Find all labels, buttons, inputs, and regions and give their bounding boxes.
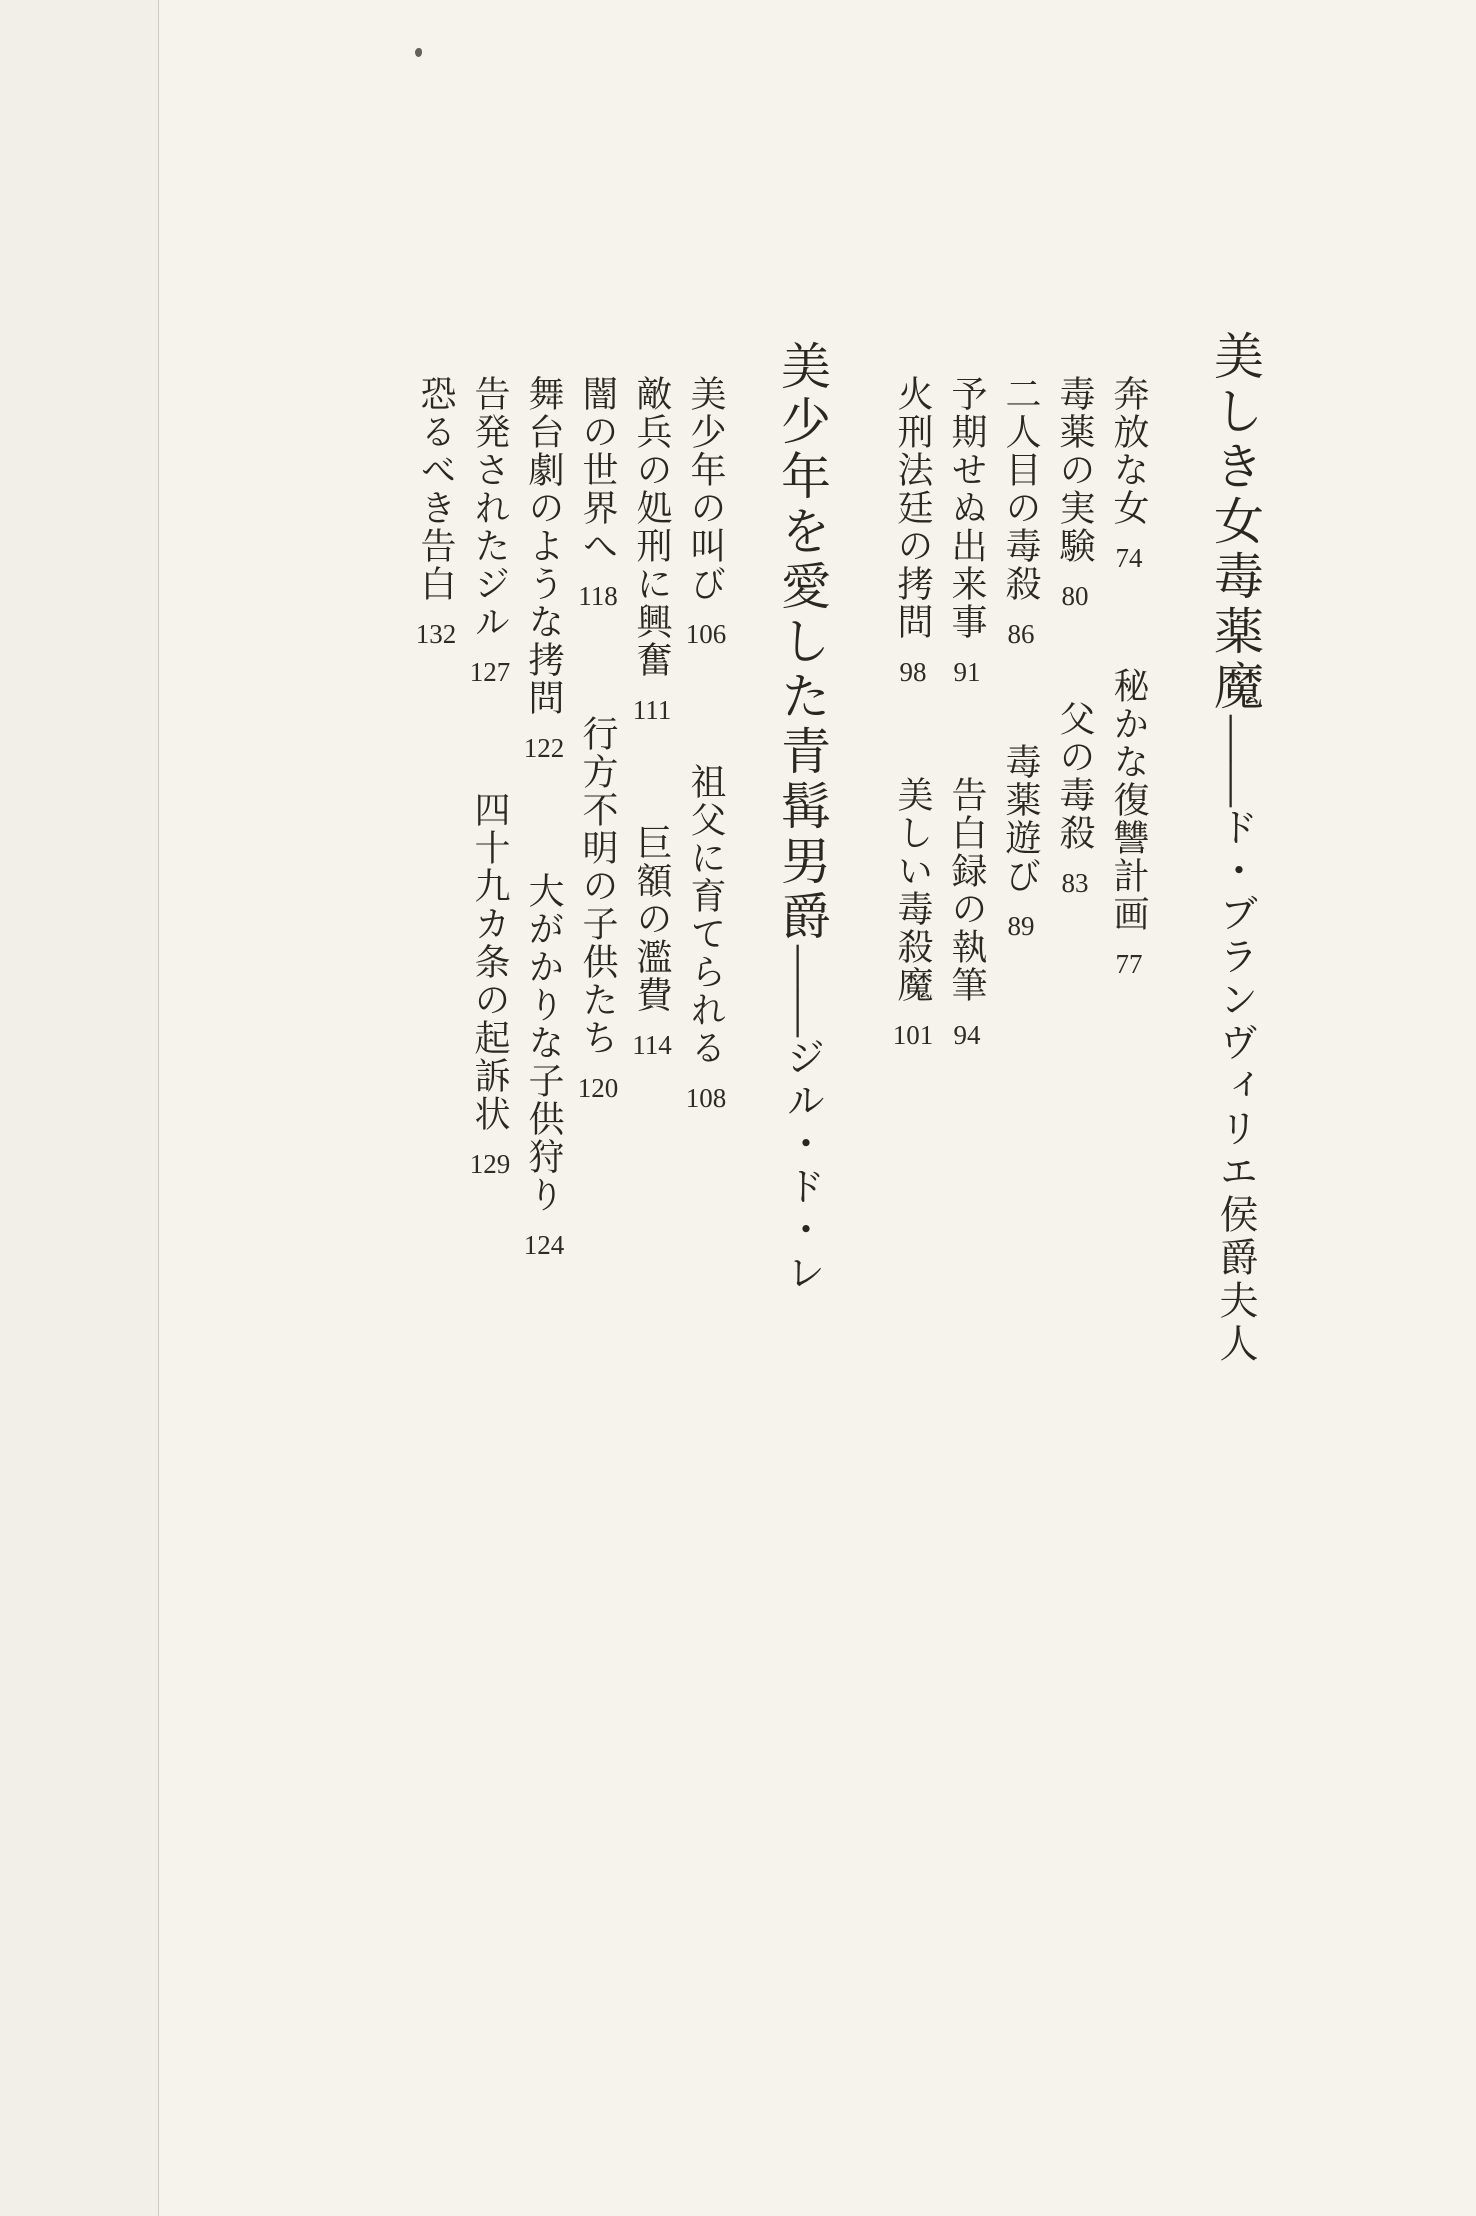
title-dash: ——	[1210, 715, 1261, 807]
section-title-text: 美少年を愛した青髯男爵	[774, 340, 830, 945]
column-spacer	[598, 610, 599, 715]
toc-entry-label: 告白録の執筆	[947, 776, 987, 1004]
toc-column: 舞台劇のような拷問122大がかりな子供狩り124	[523, 0, 565, 2216]
toc-entry-page: 91	[946, 659, 988, 686]
toc-entry-label: 祖父に育てられる	[686, 763, 726, 1067]
toc-entry-page: 83	[1054, 870, 1096, 897]
toc-entry-page: 89	[1000, 913, 1042, 940]
toc-entry-label: 行方不明の子供たち	[578, 715, 618, 1057]
section-subtitle: ジル・ド・レ	[781, 1037, 824, 1295]
column-spacer	[706, 648, 707, 763]
toc-column: 火刑法廷の拷問98美しい毒殺魔101	[892, 0, 934, 2216]
toc-entry-page: 108	[685, 1085, 727, 1112]
scanned-toc-page: 美しき女毒薬魔——ド・ブランヴィリエ侯爵夫人 奔放な女74秘かな復讐計画77 毒…	[0, 0, 1476, 2216]
table-of-contents: 美しき女毒薬魔——ド・ブランヴィリエ侯爵夫人 奔放な女74秘かな復讐計画77 毒…	[403, 0, 1262, 2216]
toc-entry-label: 闇の世界へ	[578, 375, 618, 565]
column-spacer	[913, 686, 914, 776]
section-title-gilles-de-rais: 美少年を愛した青髯男爵——ジル・ド・レ	[773, 0, 829, 2216]
toc-entry-label: 予期せぬ出来事	[947, 375, 987, 641]
toc-entry-page: 124	[523, 1232, 565, 1259]
toc-entry-label: 恐るべき告白	[416, 375, 456, 603]
toc-entry-page: 98	[892, 659, 934, 686]
column-spacer	[1021, 648, 1022, 743]
toc-column: 恐るべき告白132	[415, 0, 457, 2216]
column-spacer	[652, 724, 653, 824]
toc-column: 二人目の毒殺86毒薬遊び89	[1000, 0, 1042, 2216]
column-spacer	[1129, 572, 1130, 667]
toc-entry-label: 父の毒殺	[1055, 700, 1095, 852]
toc-entry-page: 94	[946, 1022, 988, 1049]
toc-column: 敵兵の処刑に興奮111巨額の濫費114	[631, 0, 673, 2216]
column-spacer	[1075, 610, 1076, 700]
toc-entry-label: 大がかりな子供狩り	[524, 872, 564, 1214]
column-spacer	[490, 686, 491, 791]
toc-entry-page: 114	[631, 1032, 673, 1059]
toc-entry-page: 77	[1108, 951, 1150, 978]
toc-entry-page: 132	[415, 621, 457, 648]
section-title-brinvilliers: 美しき女毒薬魔——ド・ブランヴィリエ侯爵夫人	[1206, 0, 1262, 2216]
column-spacer	[967, 686, 968, 776]
toc-entry-page: 118	[577, 583, 619, 610]
toc-entry-label: 敵兵の処刑に興奮	[632, 375, 672, 679]
toc-entry-label: 巨額の濫費	[632, 824, 672, 1014]
toc-column: 美少年の叫び106祖父に育てられる108	[685, 0, 727, 2216]
toc-entry-page: 74	[1108, 545, 1150, 572]
toc-entry-label: 舞台劇のような拷問	[524, 375, 564, 717]
toc-entry-page: 127	[469, 659, 511, 686]
column-spacer	[544, 762, 545, 872]
toc-entry-label: 告発されたジル	[470, 375, 510, 641]
title-dash: ——	[777, 945, 828, 1037]
toc-entry-page: 106	[685, 621, 727, 648]
toc-entry-label: 火刑法廷の拷問	[893, 375, 933, 641]
toc-entry-label: 毒薬の実験	[1055, 375, 1095, 565]
toc-entry-label: 毒薬遊び	[1001, 743, 1041, 895]
toc-column: 毒薬の実験80父の毒殺83	[1054, 0, 1096, 2216]
toc-entry-label: 奔放な女	[1109, 375, 1149, 527]
toc-entry-label: 四十九カ条の起訴状	[470, 791, 510, 1133]
toc-entry-page: 86	[1000, 621, 1042, 648]
toc-entry-page: 120	[577, 1075, 619, 1102]
toc-column: 闇の世界へ118行方不明の子供たち120	[577, 0, 619, 2216]
toc-column: 告発されたジル127四十九カ条の起訴状129	[469, 0, 511, 2216]
toc-entry-page: 122	[523, 735, 565, 762]
toc-entry-label: 美しい毒殺魔	[893, 776, 933, 1004]
section-subtitle: ド・ブランヴィリエ侯爵夫人	[1214, 807, 1257, 1366]
toc-entry-page: 80	[1054, 583, 1096, 610]
toc-entry-label: 秘かな復讐計画	[1109, 667, 1149, 933]
toc-entry-page: 129	[469, 1151, 511, 1178]
toc-entry-label: 美少年の叫び	[686, 375, 726, 603]
toc-column: 予期せぬ出来事91告白録の執筆94	[946, 0, 988, 2216]
toc-entry-page: 111	[631, 697, 673, 724]
scan-gutter-line	[0, 0, 159, 2216]
section-title-text: 美しき女毒薬魔	[1207, 330, 1263, 715]
toc-entry-label: 二人目の毒殺	[1001, 375, 1041, 603]
toc-column: 奔放な女74秘かな復讐計画77	[1108, 0, 1150, 2216]
toc-entry-page: 101	[892, 1022, 934, 1049]
